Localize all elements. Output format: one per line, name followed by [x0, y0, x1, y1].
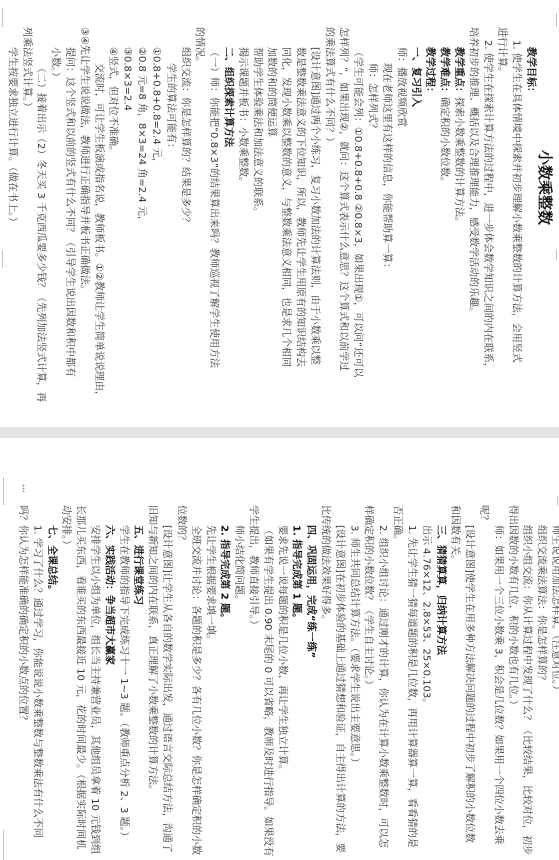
- document-title: 小数乘整数: [537, 150, 553, 225]
- text-line: 揭示课题并板书：小数乘整数。: [234, 27, 248, 427]
- section-heading: 教学目标：: [523, 27, 537, 427]
- text-line: 教学难点：确定积的小数位数。: [436, 27, 450, 427]
- text-line: 现在老师这里有这样的信息，你能帮助算一算：: [379, 27, 393, 427]
- text-line: 帮助学生体验乘法和加法意义的联系。: [249, 27, 263, 427]
- text-line: 数是整数乘法意义的下位知识，所以，教师先让学生用原有的知识结构去: [292, 27, 306, 427]
- text-line: （学生可能会列：①0.8+0.8+0.8 ②0.8×3，如果出现①，可以问“还可…: [350, 27, 364, 427]
- section-heading: 七、全课总结。: [43, 505, 57, 860]
- text-line: 组织小组交流：你从计算过程中发现了什么？（比较结果，比较对位，初步: [519, 505, 533, 860]
- text-line: 培养初步的推理、概括以及合理推理能力，感受数学活动的乐趣。: [465, 27, 479, 427]
- text-line: 组织交流：你是怎样算的？结果是多少？: [177, 27, 191, 427]
- text-line: ③④先让学生说说做法，教师进行正确指导并板书正确做法。: [76, 27, 90, 427]
- section-heading: 五、进行课堂练习: [130, 505, 144, 860]
- text-line: 学生提出，教师直接引导。）: [245, 505, 259, 860]
- text-line: 安排学生以小组为单位，组长当主持兼营业员，其他组员拿着 10 元钱到组: [87, 505, 101, 860]
- sub-heading: 1. 指导完成第 1 题。: [288, 505, 302, 860]
- text-line: 师小结化简问题。: [231, 505, 245, 860]
- section-heading: 六、实践活动：争当超市大赢家: [101, 505, 115, 860]
- text-line: 位数的？: [173, 505, 187, 860]
- text-line: 要求先说一说每题的积是几位小数，再让学生独立计算。: [274, 505, 288, 860]
- design-intent-line: [设计意图]通过两个小练习，复习小数加法的计算法则，由于小数乘以整: [307, 27, 321, 427]
- design-intent-line: [设计意图]使学生在用多种方法解决问题的过程中初步了解积的小数位数: [461, 505, 475, 860]
- text-line: 呢？: [476, 505, 490, 860]
- text-line: 小数。）: [47, 27, 61, 427]
- design-intent-line: [设计意图]让学生从各自的数学实际出发，通过语言交际总结方法，沟通了: [159, 505, 173, 860]
- margin-mark: [3, 830, 4, 860]
- text-line: 1. 使学生在具体情境中探索并初步理解小数乘整数的计算方法，会用竖式: [508, 27, 522, 427]
- line-text: 探索小数乘整数的计算方法。: [453, 97, 464, 227]
- page-1: 小数乘整数 教学目标： 1. 使学生在具体情境中探索并初步理解小数乘整数的计算方…: [0, 0, 559, 427]
- section-heading: 三、猜猜算算，归纳计算方法: [432, 505, 446, 860]
- text-line: 比传统的做法效果好得多。: [317, 505, 331, 860]
- text-line: 否正确。: [389, 505, 403, 860]
- text-line: 师：如果用一个三位小数乘 3，积会是几位数？如果用一个四位小数去乘: [490, 505, 504, 860]
- text-line: 学生的算法可能有：: [162, 27, 176, 427]
- text-line: 组织交流乘法算法：你是怎样算的？: [533, 505, 547, 860]
- section-heading: 教学过程：: [422, 27, 436, 427]
- margin-mark: [556, 13, 557, 27]
- sub-heading: 2. 指导完成第 2 题。: [216, 505, 230, 860]
- page-separator: [0, 427, 559, 438]
- text-line: 先让学生根据要求填一填。: [202, 505, 216, 860]
- text-line: 旧知与新知之间的内在联系，真正理解了小数乘整数的计算方法。: [144, 505, 158, 860]
- text-line: （一）师：你能把“0.8×3”的结果算出来吗？教师巡视了解学生使用方法: [206, 27, 220, 427]
- text-line: 提问：这个竖式和以前的竖式有什么不同？（引导学生说出因数和积中都有: [62, 27, 76, 427]
- paragraph-anchor-icon: [22, 484, 25, 492]
- text-line: 同化，发现小数乘以整数的意义，与整数乘法意义相同，也是求几个相同: [278, 27, 292, 427]
- margin-mark: [2, 250, 3, 268]
- line-label: 教学难点：: [439, 47, 450, 97]
- text-line: 师生说说用加法怎样算。（注意对位。）: [548, 505, 559, 860]
- section-heading: 一、复习引入: [407, 27, 421, 427]
- section-heading: 四、巩固运用，完成“练一练”: [303, 505, 317, 860]
- page-1-body: 教学目标： 1. 使学生在具体情境中探索并初步理解小数乘整数的计算方法，会用竖式…: [4, 27, 537, 427]
- text-line: 的情况。: [191, 27, 205, 427]
- text-line: 教学重点：探索小数乘整数的计算方法。: [451, 27, 465, 427]
- text-line: 加数的和的简便运算: [263, 27, 277, 427]
- text-line: 吗？你认为怎样能准确的确定积的小数点的位置？: [15, 505, 29, 860]
- text-line: 全班交流并讨论：各题的积是多少？各有几位小数？你是怎样确定积的小数: [187, 505, 201, 860]
- page-2-body: 师生说说用加法怎样算。（注意对位。） 组织交流乘法算法：你是怎样算的？ 组织小组…: [15, 505, 559, 860]
- margin-mark: [556, 250, 557, 260]
- text-line: （二）接着出示（2）冬天买 3 千克西瓜要多少钱？（先列加法竖式计算，再: [33, 27, 47, 427]
- text-line: 长那儿买东西，看谁买的东西最接近 10 元，花的时间最少。（根据实际时间机: [72, 505, 86, 860]
- text-line: 学生在教师的指导下完成练习十一 1~3 题。（教师重点分析 2、3 题。）: [115, 505, 129, 860]
- text-line: 和因数有关。: [447, 505, 461, 860]
- text-line: （如果有学生提出 0.90 末尾的 0 可以省略，教师及时进行指导。如果没有: [259, 505, 273, 860]
- text-line: 出示 4.76×12、2.8×53、25×0.103。: [418, 505, 432, 860]
- text-line: ④竖式，但对位不准确。: [105, 27, 119, 427]
- margin-mark: [557, 496, 558, 505]
- section-heading: 二、组织探索计算方法: [220, 27, 234, 427]
- line-label: 教学重点：: [453, 47, 464, 97]
- text-line: 师：播放视频欣赏: [393, 27, 407, 427]
- text-line: 得出因数的小数有几位，积的小数也有几位。）: [504, 505, 518, 860]
- line-text: 确定积的小数位数。: [439, 97, 450, 187]
- text-line: 样确定积的小数位数？（学生自主讨论。）: [360, 505, 374, 860]
- text-line: 列乘法竖式计算。）: [18, 27, 32, 427]
- text-line: 师：怎样列式？: [364, 27, 378, 427]
- text-line: 怎样列？”，如果出现②，就问：这个算式表示什么意思？这个算式和以前学过: [335, 27, 349, 427]
- text-line: 1. 先让学生猜一猜每道题的积是几位数，再用计算器算一算，看看猜的是: [404, 505, 418, 860]
- text-line: 2. 组织小组讨论：通过刚才的计算，你认为在计算小数乘整数时，可以怎: [375, 505, 389, 860]
- text-line: ①0.8+0.8+0.8=2.4 元，: [148, 27, 162, 427]
- text-line: 动安排。）: [58, 505, 72, 860]
- text-line: 3. 师生共同总结计算方法。（要求学生说出主要意思。）: [346, 505, 360, 860]
- margin-mark: [3, 477, 4, 505]
- text-line: ②0.8 元=8 角，8×3=24 角=2.4 元，: [134, 27, 148, 427]
- margin-mark: [2, 8, 3, 27]
- design-intent-line: [设计意图]在初步体验的基础上通过猜想和验证，自主得出计算的方法，要: [332, 505, 346, 860]
- text-line: 1. 学习了什么？通过学习，你能说说小数乘整数与整数乘法有什么不同: [29, 505, 43, 860]
- text-line: 的乘法算式有什么不同？）: [321, 27, 335, 427]
- text-line: 2. 使学生在探索计算方法的过程中，进一步体会数学知识之间的内在联系，: [479, 27, 493, 427]
- text-line: 学生按要求独立进行计算。（做在书上。）: [4, 27, 18, 427]
- text-line: ③0.8×3=2.4: [119, 27, 133, 427]
- text-line: 进行计算。: [494, 27, 508, 427]
- text-line: 交流时，可让学生板演或指名说，教师板书。①②教师让学生简单说说理由，: [90, 27, 104, 427]
- page-2: 师生说说用加法怎样算。（注意对位。） 组织交流乘法算法：你是怎样算的？ 组织小组…: [0, 438, 559, 860]
